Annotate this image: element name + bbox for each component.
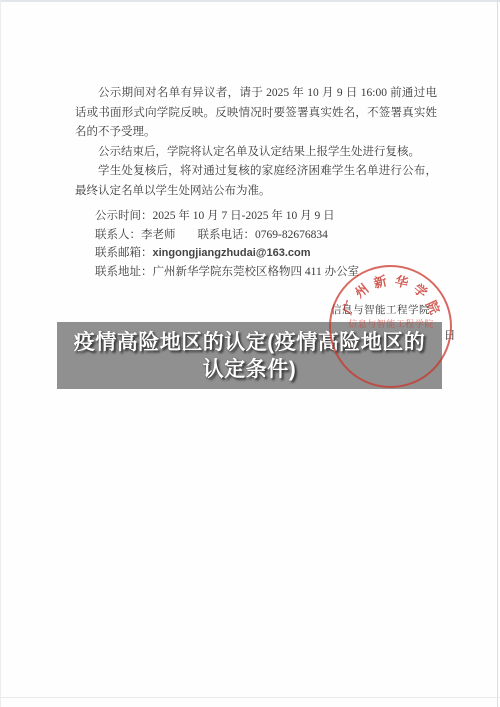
headline-line-2: 认定条件) — [203, 356, 297, 383]
contact-email-row: 联系邮箱：xingongjiangzhudai@163.com — [95, 244, 359, 263]
paragraph-review: 公示结束后，学院将认定名单及认定结果上报学生处进行复核。 — [75, 143, 437, 163]
seal-arc-char: 华 — [393, 270, 410, 291]
scan-edge-top — [0, 0, 500, 2]
seal-arc-char: 州 — [350, 279, 372, 302]
scan-edge-left — [0, 0, 1, 707]
scan-edge-bottom — [0, 697, 500, 698]
contact-address: 联系地址：广州新华学院东莞校区格物四 411 办公室 — [95, 263, 359, 282]
seal-arc-char: 学 — [410, 279, 432, 302]
contact-phone: 联系电话：0769-82676834 — [198, 229, 328, 241]
seal-arc-char: 新 — [372, 270, 389, 291]
headline-line-1: 疫情高险地区的认定(疫情高险地区的 — [74, 329, 426, 356]
signature-date-fragment: 日 — [444, 327, 456, 343]
publicity-time: 公示时间：2025 年 10 月 7 日-2025 年 10 月 9 日 — [95, 207, 359, 226]
scanned-notice-page: 公示期间对名单有异议者，请于 2025 年 10 月 9 日 16:00 前通过… — [0, 0, 500, 707]
contact-person-row: 联系人：李老师联系电话：0769-82676834 — [95, 226, 359, 245]
notice-body: 公示期间对名单有异议者，请于 2025 年 10 月 9 日 16:00 前通过… — [75, 84, 437, 201]
scan-edge-right — [497, 0, 498, 707]
contact-email-label: 联系邮箱： — [95, 247, 153, 259]
contact-block: 公示时间：2025 年 10 月 7 日-2025 年 10 月 9 日 联系人… — [95, 207, 359, 281]
headline-overlay-band: 疫情高险地区的认定(疫情高险地区的 认定条件) — [57, 322, 442, 389]
paragraph-final-publish: 学生处复核后，将对通过复核的家庭经济困难学生名单进行公布，最终认定名单以学生处网… — [75, 162, 437, 201]
signature-department: 信息与智能工程学院 — [331, 302, 430, 317]
paragraph-objection: 公示期间对名单有异议者，请于 2025 年 10 月 9 日 16:00 前通过… — [75, 84, 437, 143]
contact-email-address: xingongjiangzhudai@163.com — [153, 247, 311, 259]
contact-person: 联系人：李老师 — [95, 229, 176, 241]
